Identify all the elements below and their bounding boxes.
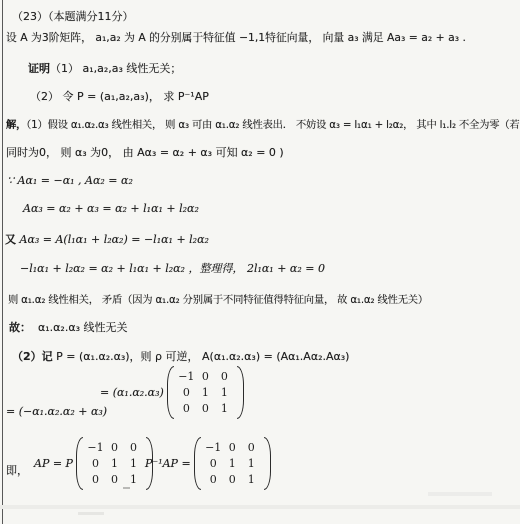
prove-part1: （1） a₁,a₂,a₃ 线性无关； <box>50 62 181 75</box>
matrix-cell: 1 <box>124 457 143 470</box>
matrix-cell: −1 <box>86 441 105 454</box>
matrix-cells: −100011001 <box>174 366 237 419</box>
conclusion-text: α₁.α₂.α₃ 线性无关 <box>38 321 127 334</box>
matrix-cell: −1 <box>177 370 196 383</box>
matrix-cells: −100011001 <box>83 437 146 490</box>
contradiction-line: 则 α₁.α₂ 线性相关， 矛盾（因为 α₁.α₂ 分别属于不同特征值得特征向量… <box>8 291 428 306</box>
problem-header: （23）（本题满分11分） <box>12 8 134 24</box>
matrix-cell: 1 <box>196 386 215 399</box>
jie-label: 解， <box>6 119 26 131</box>
right-paren <box>264 437 271 490</box>
matrix-cell: 1 <box>105 457 124 470</box>
problem-setup: 设 A 为3阶矩阵， a₁,a₂ 为 A 的分别属于特征值 −1,1特征向量， … <box>6 30 466 45</box>
equation-1: Aα₃ = α₂ + α₃ = α₂ + l₁α₁ + l₂α₂ <box>23 202 199 215</box>
prove-line: 证明（1） a₁,a₂,a₃ 线性无关； <box>28 60 181 76</box>
matrix-cell: 0 <box>223 473 242 486</box>
part2-intro-text: P = (α₁.α₂.α₃)，则 ρ 可逆， A(α₁.α₂.α₃) = (Aα… <box>53 350 350 363</box>
left-paren <box>76 437 83 490</box>
matrix-cell: 1 <box>242 473 261 486</box>
matrix-cell: 0 <box>105 441 124 454</box>
equation-3: −l₁α₁ + l₂α₂ = α₂ + l₁α₁ + l₂α₂ ，整理得， 2l… <box>20 260 325 276</box>
prove-part2: （2） 令 P = (a₁,a₂,a₃)， 求 P⁻¹AP <box>30 88 209 104</box>
solution-assume-line2: 同时为0， 则 α₃ 为0， 由 Aα₃ = α₂ + α₃ 可知 α₂ = 0… <box>6 144 284 160</box>
left-paren <box>194 437 201 490</box>
ap-equation: AP = P −100011001 <box>34 437 153 490</box>
you-label: 又 <box>5 233 16 246</box>
matrix-cell: 0 <box>204 457 223 470</box>
matrix-cell: 0 <box>86 473 105 486</box>
matrix: −100011001 <box>76 437 153 490</box>
gu-label: 故： <box>9 321 31 334</box>
matrix-cell: 1 <box>242 457 261 470</box>
matrix-cell: 0 <box>215 370 234 383</box>
matrix-cell: 1 <box>223 457 242 470</box>
matrix-cell: 0 <box>223 441 242 454</box>
matrix-cell: 0 <box>86 457 105 470</box>
matrix-cells: −100011001 <box>201 437 264 490</box>
matrix-cell: 0 <box>105 473 124 486</box>
matrix: −100011001 <box>167 366 244 419</box>
matrix-cell: 0 <box>124 441 143 454</box>
right-paren <box>237 366 244 419</box>
assume-text: （1）假设 α₁.α₂.α₃ 线性相关， 则 α₃ 可由 α₁.α₂ 线性表出．… <box>26 119 520 131</box>
matrix-cell: 0 <box>242 441 261 454</box>
matrix-cell: 1 <box>215 402 234 415</box>
matrix-cell: 0 <box>177 402 196 415</box>
scan-artifact <box>78 512 104 515</box>
pap-lhs: P⁻¹AP = <box>145 457 191 470</box>
scan-artifact <box>428 492 492 496</box>
vector-line: = (−α₁.α₂.α₂ + α₃) <box>6 405 107 418</box>
ap-lhs: AP = P <box>34 457 73 470</box>
pap-equation: P⁻¹AP = −100011001 <box>145 437 271 490</box>
matrix-cell: 0 <box>196 402 215 415</box>
ji-record-label: （2）记 <box>12 350 53 363</box>
scan-artifact <box>0 505 520 509</box>
equation-2-math: Aα₃ = A(l₁α₁ + l₂α₂) = −l₁α₁ + l₂α₂ <box>20 233 209 246</box>
factor-equation: = (α₁.α₂.α₃) −100011001 <box>100 366 244 419</box>
matrix-cell: 0 <box>196 370 215 383</box>
factor-lhs: = (α₁.α₂.α₃) <box>100 386 164 399</box>
left-paren <box>167 366 174 419</box>
solution-assume-line1: 解，（1）假设 α₁.α₂.α₃ 线性相关， 则 α₃ 可由 α₁.α₂ 线性表… <box>6 116 520 131</box>
matrix-cell: 0 <box>204 473 223 486</box>
conclusion-line: 故： α₁.α₂.α₃ 线性无关 <box>9 319 127 335</box>
scan-left-border <box>2 0 3 524</box>
because-line: ∵ Aα₁ = −α₁ , Aα₂ = α₂ <box>7 174 133 187</box>
scanned-solution-page: （23）（本题满分11分） 设 A 为3阶矩阵， a₁,a₂ 为 A 的分别属于… <box>0 0 520 524</box>
matrix-cell: −1 <box>204 441 223 454</box>
matrix: −100011001 <box>194 437 271 490</box>
matrix-cell: 1 <box>124 473 143 486</box>
matrix-cell: 1 <box>215 386 234 399</box>
equation-2: 又 Aα₃ = A(l₁α₁ + l₂α₂) = −l₁α₁ + l₂α₂ <box>5 231 209 247</box>
part2-intro: （2）记 P = (α₁.α₂.α₃)，则 ρ 可逆， A(α₁.α₂.α₃) … <box>12 348 349 364</box>
prove-label: 证明 <box>28 62 50 75</box>
ji-label-bottom: 即， <box>6 462 28 478</box>
matrix-cell: 0 <box>177 386 196 399</box>
